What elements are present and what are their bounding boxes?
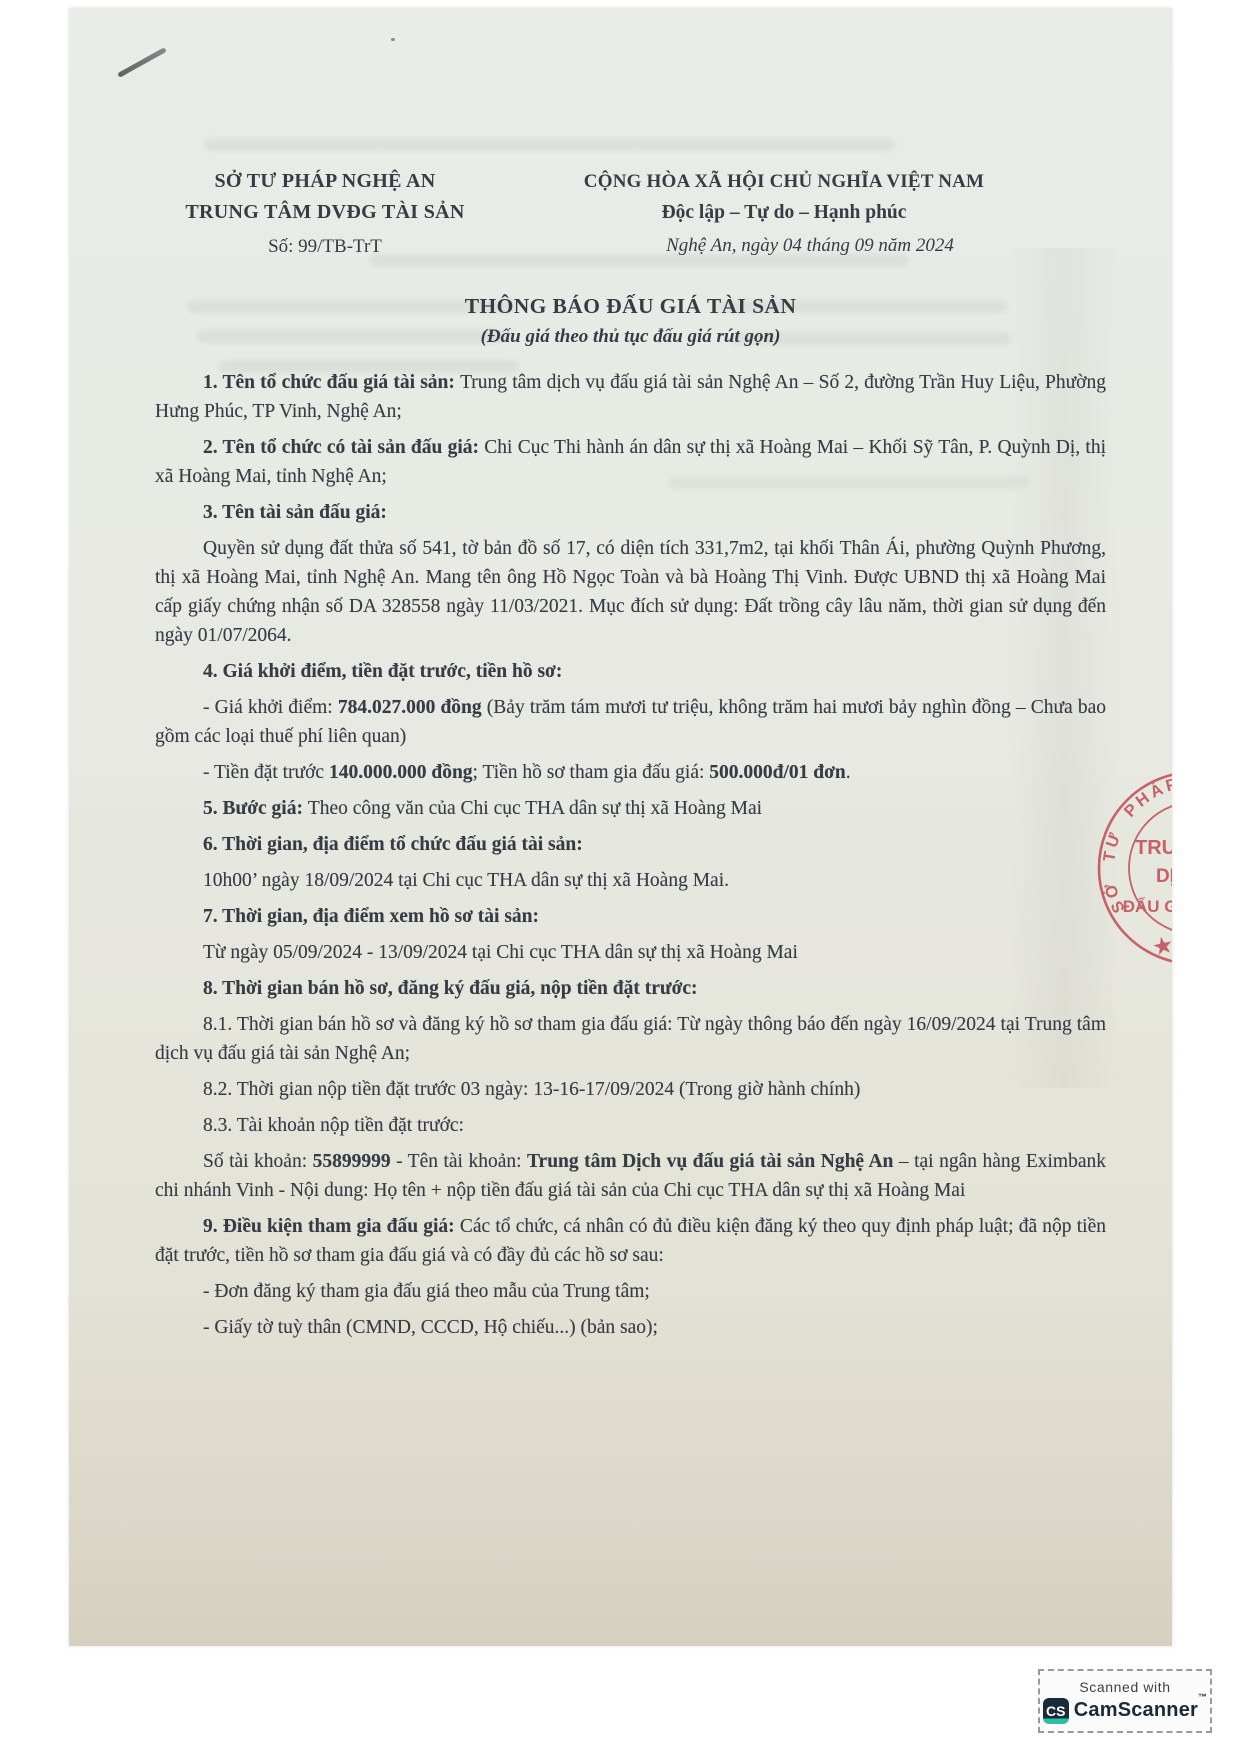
title-block: THÔNG BÁO ĐẤU GIÁ TÀI SẢN (Đấu giá theo … bbox=[155, 294, 1106, 348]
camscanner-cs-icon: CS bbox=[1043, 1698, 1069, 1724]
paragraph: 7. Thời gian, địa điểm xem hồ sơ tài sản… bbox=[155, 902, 1106, 931]
stamp-center-line3: ĐẤU GIÁ TÀI SẢN bbox=[1123, 897, 1172, 916]
paragraph: 2. Tên tổ chức có tài sản đấu giá: Chi C… bbox=[155, 433, 1106, 491]
document-body: 1. Tên tổ chức đấu giá tài sản: Trung tâ… bbox=[155, 368, 1106, 1349]
paragraph: 5. Bước giá: Theo công văn của Chi cục T… bbox=[155, 794, 1106, 823]
stamp-center-line1: TRUNG TÂM bbox=[1135, 835, 1172, 859]
document-subtitle: (Đấu giá theo thủ tục đấu giá rút gọn) bbox=[155, 326, 1106, 348]
stamp-star-icon: ★ bbox=[1150, 931, 1172, 962]
paragraph: - Đơn đăng ký tham gia đấu giá theo mẫu … bbox=[155, 1277, 1106, 1306]
paragraph: 10h00’ ngày 18/09/2024 tại Chi cục THA d… bbox=[155, 866, 1106, 895]
paragraph: 8. Thời gian bán hồ sơ, đăng ký đấu giá,… bbox=[155, 974, 1106, 1003]
camscanner-brand-name: CamScanner™ bbox=[1074, 1699, 1207, 1722]
paragraph: 8.1. Thời gian bán hồ sơ và đăng ký hồ s… bbox=[155, 1010, 1106, 1068]
paragraph: 6. Thời gian, địa điểm tổ chức đấu giá t… bbox=[155, 830, 1106, 859]
red-circular-stamp: SỞ TƯ PHÁP TRUNG TÂM DỊCH VỤ ĐẤU GIÁ TÀI… bbox=[1070, 746, 1172, 996]
paragraph: 8.3. Tài khoản nộp tiền đặt trước: bbox=[155, 1111, 1106, 1140]
document-number: Số: 99/TB-TrT bbox=[139, 231, 511, 262]
org-name: TRUNG TÂM DVĐG TÀI SẢN bbox=[139, 197, 511, 228]
paragraph: Từ ngày 05/09/2024 - 13/09/2024 tại Chi … bbox=[155, 938, 1106, 967]
pen-mark bbox=[117, 47, 167, 78]
org-parent-name: SỞ TƯ PHÁP NGHỆ AN bbox=[139, 166, 511, 197]
paragraph: 3. Tên tài sản đấu giá: bbox=[155, 498, 1106, 527]
paragraph: - Giấy tờ tuỳ thân (CMND, CCCD, Hộ chiếu… bbox=[155, 1313, 1106, 1342]
camscanner-logo-row: CS CamScanner™ bbox=[1043, 1698, 1207, 1724]
paragraph: - Giá khởi điểm: 784.027.000 đồng (Bảy t… bbox=[155, 693, 1106, 751]
document-header: SỞ TƯ PHÁP NGHỆ AN TRUNG TÂM DVĐG TÀI SẢ… bbox=[139, 166, 1102, 262]
issuing-org-block: SỞ TƯ PHÁP NGHỆ AN TRUNG TÂM DVĐG TÀI SẢ… bbox=[139, 166, 511, 262]
national-title: CỘNG HÒA XÃ HỘI CHỦ NGHĨA VIỆT NAM bbox=[549, 166, 1019, 197]
paragraph: 1. Tên tổ chức đấu giá tài sản: Trung tâ… bbox=[155, 368, 1106, 426]
camscanner-brand-text: CamScanner bbox=[1074, 1699, 1198, 1721]
place-and-date: Nghệ An, ngày 04 tháng 09 năm 2024 bbox=[575, 230, 1045, 261]
scanned-document-page: SỞ TƯ PHÁP NGHỆ AN TRUNG TÂM DVĐG TÀI SẢ… bbox=[69, 8, 1172, 1646]
paragraph: - Tiền đặt trước 140.000.000 đồng; Tiền … bbox=[155, 758, 1106, 787]
paragraph: Quyền sử dụng đất thửa số 541, tờ bản đồ… bbox=[155, 534, 1106, 650]
paragraph: 4. Giá khởi điểm, tiền đặt trước, tiền h… bbox=[155, 657, 1106, 686]
stamp-center-line2: DỊCH VỤ bbox=[1156, 866, 1172, 887]
bleedthrough-mark bbox=[205, 138, 895, 151]
camscanner-watermark-badge: Scanned with CS CamScanner™ bbox=[1038, 1669, 1212, 1733]
paragraph: 8.2. Thời gian nộp tiền đặt trước 03 ngà… bbox=[155, 1075, 1106, 1104]
scanned-with-label: Scanned with bbox=[1079, 1679, 1170, 1695]
paper-speck bbox=[391, 38, 395, 41]
paragraph: 9. Điều kiện tham gia đấu giá: Các tổ ch… bbox=[155, 1212, 1106, 1270]
national-header-block: CỘNG HÒA XÃ HỘI CHỦ NGHĨA VIỆT NAM Độc l… bbox=[549, 166, 1019, 262]
national-motto: Độc lập – Tự do – Hạnh phúc bbox=[549, 197, 1019, 228]
trademark-symbol: ™ bbox=[1198, 1692, 1207, 1702]
document-title: THÔNG BÁO ĐẤU GIÁ TÀI SẢN bbox=[155, 294, 1106, 319]
paragraph: Số tài khoản: 55899999 - Tên tài khoản: … bbox=[155, 1147, 1106, 1205]
